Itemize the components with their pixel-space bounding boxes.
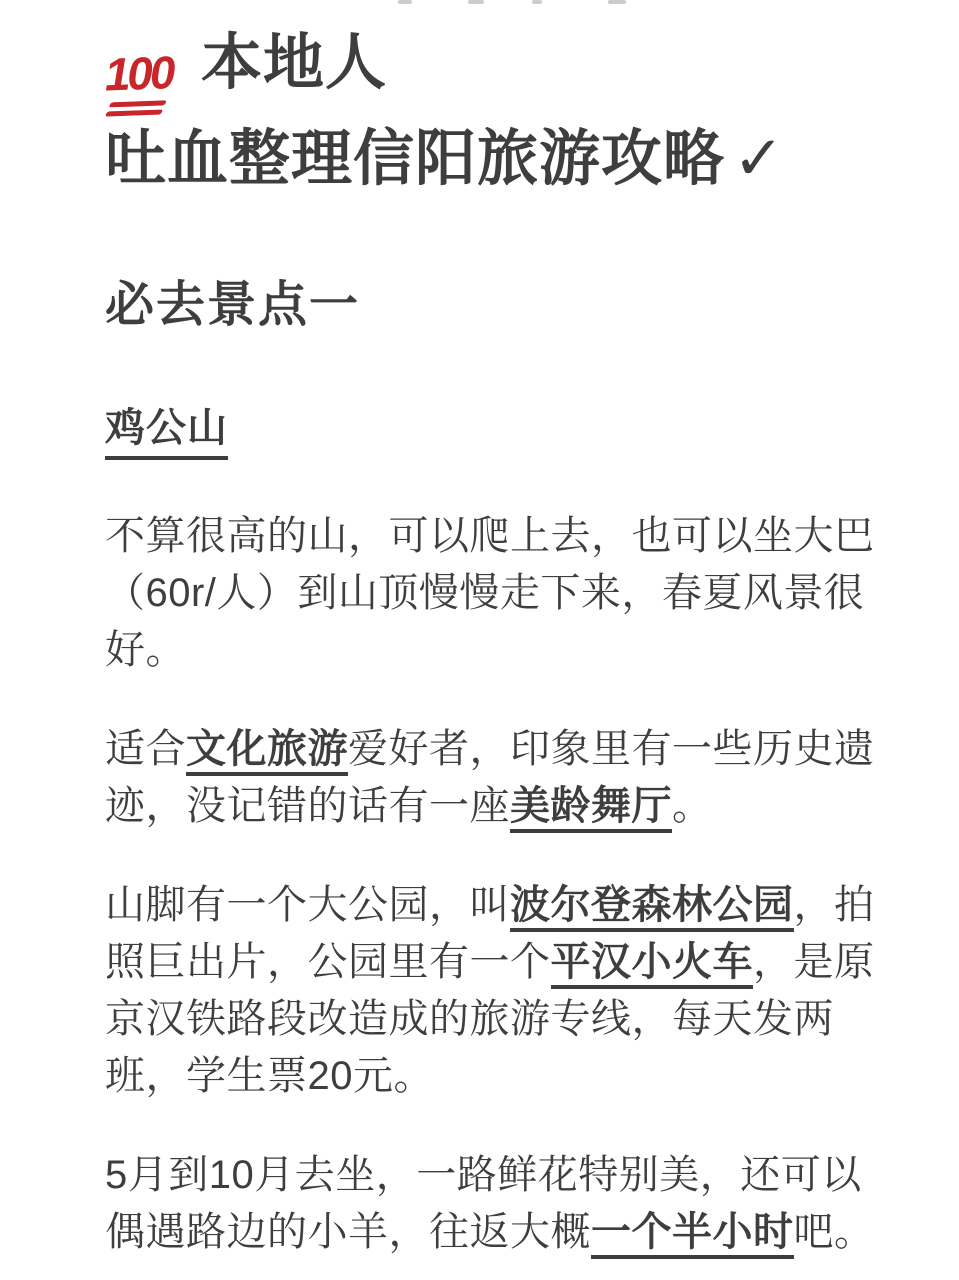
text-line: 班，学生票20元。 <box>105 1048 904 1105</box>
title-text-line1: 本地人 <box>201 28 387 96</box>
text-run: （60r/人）到山顶慢慢走下来，春夏风景很 <box>105 571 864 615</box>
subheading: 鸡公山 <box>105 404 904 460</box>
text-run: 适合 <box>105 727 186 771</box>
subheading-underlined-text: 鸡公山 <box>105 404 228 460</box>
text-line: 不算很高的山，可以爬上去，也可以坐大巴 <box>105 508 904 565</box>
text-line: 照巨出片，公园里有一个平汉小火车，是原 <box>105 934 904 991</box>
text-run: 。 <box>672 784 713 828</box>
text-line: 好。 <box>105 622 904 679</box>
text-line: 京汉铁路段改造成的旅游专线，每天发两 <box>105 991 904 1048</box>
text-line: （60r/人）到山顶慢慢走下来，春夏风景很 <box>105 565 904 622</box>
text-run: 5月到10月去坐，一路鲜花特别美，还可以 <box>105 1153 862 1197</box>
text-run: 照巨出片，公园里有一个 <box>105 940 551 984</box>
text-run: 迹，没记错的话有一座 <box>105 784 510 828</box>
post-title: 100 本地人 吐血整理信阳旅游攻略✓ <box>105 20 904 200</box>
title-line-2: 吐血整理信阳旅游攻略✓ <box>105 116 904 200</box>
text-run: 不算很高的山，可以爬上去，也可以坐大巴 <box>105 514 875 558</box>
title-line-1: 100 本地人 <box>105 20 904 116</box>
paragraph: 5月到10月去坐，一路鲜花特别美，还可以偶遇路边的小羊，往返大概一个半小时吧。 <box>105 1147 904 1261</box>
text-line: 偶遇路边的小羊，往返大概一个半小时吧。 <box>105 1204 904 1261</box>
text-line: 5月到10月去坐，一路鲜花特别美，还可以 <box>105 1147 904 1204</box>
text-line: 山脚有一个大公园，叫波尔登森林公园，拍 <box>105 877 904 934</box>
emphasized-text: 一个半小时 <box>591 1210 794 1259</box>
paragraph: 不算很高的山，可以爬上去，也可以坐大巴（60r/人）到山顶慢慢走下来，春夏风景很… <box>105 508 904 679</box>
text-run: 好。 <box>105 628 186 672</box>
title-text-line2: 吐血整理信阳旅游攻略 <box>105 124 725 192</box>
paragraph: 适合文化旅游爱好者，印象里有一些历史遗迹，没记错的话有一座美龄舞厅。 <box>105 721 904 835</box>
emphasized-text: 文化旅游 <box>186 727 348 776</box>
emphasized-text: 美龄舞厅 <box>510 784 672 833</box>
text-run: 爱好者，印象里有一些历史遗 <box>348 727 875 771</box>
emphasized-text: 波尔登森林公园 <box>510 883 794 932</box>
section-heading: 必去景点一 <box>105 276 904 334</box>
text-run: 吧。 <box>794 1210 875 1254</box>
text-run: 京汉铁路段改造成的旅游专线，每天发两 <box>105 997 834 1041</box>
text-run: 班，学生票20元。 <box>105 1054 434 1098</box>
cut-off-text-fragments <box>0 0 959 6</box>
paragraph: 山脚有一个大公园，叫波尔登森林公园，拍照巨出片，公园里有一个平汉小火车，是原京汉… <box>105 877 904 1105</box>
checkmark-icon: ✓ <box>733 124 785 192</box>
text-run: 偶遇路边的小羊，往返大概 <box>105 1210 591 1254</box>
text-line: 适合文化旅游爱好者，印象里有一些历史遗 <box>105 721 904 778</box>
emphasized-text: 平汉小火车 <box>551 940 754 989</box>
hundred-points-number: 100 <box>104 49 192 98</box>
hundred-points-icon: 100 <box>104 49 192 118</box>
text-run: ，是原 <box>753 940 875 984</box>
text-run: ，拍 <box>794 883 875 927</box>
article-body: 不算很高的山，可以爬上去，也可以坐大巴（60r/人）到山顶慢慢走下来，春夏风景很… <box>105 508 904 1261</box>
text-line: 迹，没记错的话有一座美龄舞厅。 <box>105 778 904 835</box>
text-run: 山脚有一个大公园，叫 <box>105 883 510 927</box>
note-page: 100 本地人 吐血整理信阳旅游攻略✓ 必去景点一 鸡公山 不算很高的山，可以爬… <box>0 0 959 1280</box>
